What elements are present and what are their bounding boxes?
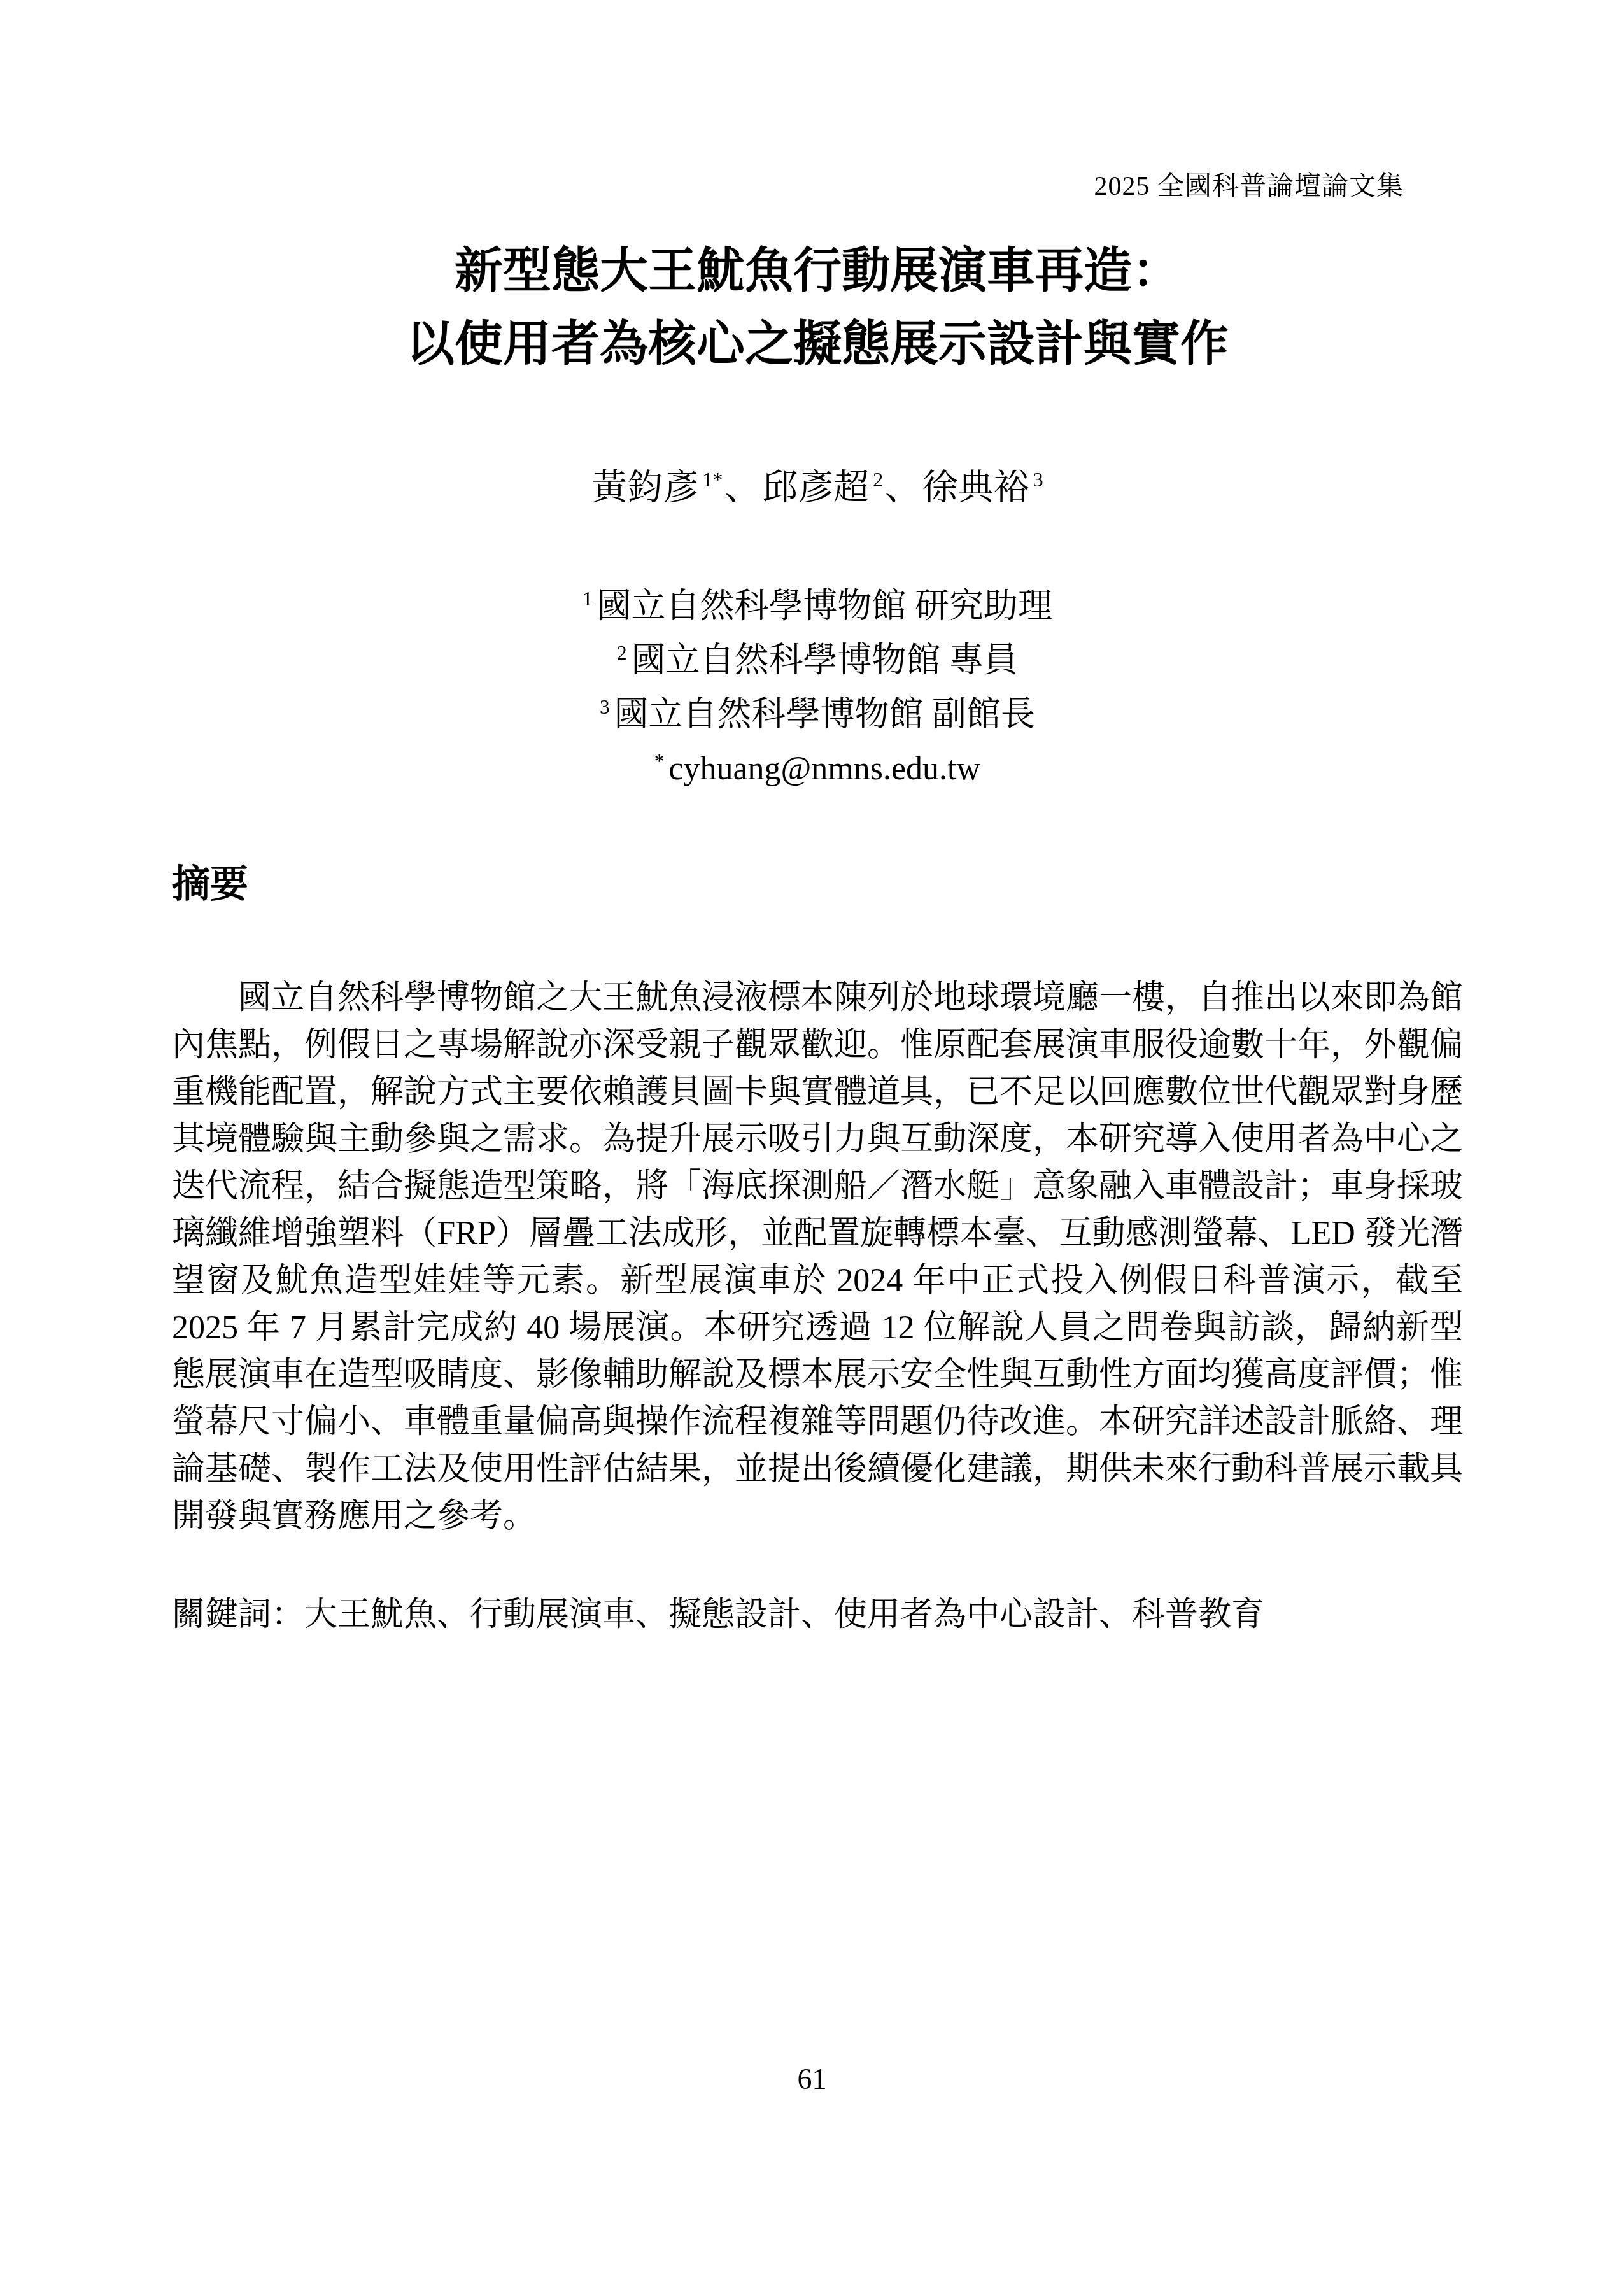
paper-title-line1: 新型態大王魷魚行動展演車再造：	[172, 235, 1463, 308]
author-name-2: 邱彥超	[762, 468, 869, 507]
abstract-heading: 摘要	[172, 865, 1463, 904]
affiliation-sup-3: 3	[600, 696, 610, 718]
author-sup-1: 1*	[702, 469, 723, 492]
page-content: 2025 全國科普論壇論文集 新型態大王魷魚行動展演車再造： 以使用者為核心之擬…	[0, 0, 1624, 1639]
author-sup-2: 2	[873, 469, 883, 492]
affiliation-line-3: 3國立自然科學博物館 副館長	[172, 684, 1463, 738]
contact-email-line: *cyhuang@nmns.edu.tw	[172, 738, 1463, 792]
affiliation-text-1: 國立自然科學博物館 研究助理	[597, 587, 1053, 625]
page-number: 61	[0, 2065, 1624, 2094]
author-name-3: 徐典裕	[922, 468, 1029, 507]
running-header: 2025 全國科普論壇論文集	[172, 0, 1463, 200]
paper-title: 新型態大王魷魚行動展演車再造： 以使用者為核心之擬態展示設計與實作	[172, 235, 1463, 381]
abstract-body: 國立自然科學博物館之大王魷魚浸液標本陳列於地球環境廳一樓，自推出以來即為館內焦點…	[172, 975, 1463, 1540]
affiliation-text-2: 國立自然科學博物館 專員	[632, 641, 1019, 679]
author-sup-3: 3	[1033, 469, 1043, 492]
author-separator-2: 、	[885, 468, 921, 507]
affiliation-line-1: 1國立自然科學博物館 研究助理	[172, 576, 1463, 630]
affiliation-sup-2: 2	[617, 642, 627, 664]
paper-page: 2025 全國科普論壇論文集 新型態大王魷魚行動展演車再造： 以使用者為核心之擬…	[0, 0, 1624, 2278]
affiliation-line-2: 2國立自然科學博物館 專員	[172, 630, 1463, 684]
affiliation-text-3: 國立自然科學博物館 副館長	[614, 695, 1036, 733]
affiliations-block: 1國立自然科學博物館 研究助理 2國立自然科學博物館 專員 3國立自然科學博物館…	[172, 576, 1463, 792]
keywords-line: 關鍵詞：大王魷魚、行動展演車、擬態設計、使用者為中心設計、科普教育	[172, 1592, 1463, 1639]
paper-title-line2: 以使用者為核心之擬態展示設計與實作	[172, 308, 1463, 381]
authors-line: 黃鈞彥1*、邱彥超2、徐典裕3	[172, 459, 1463, 509]
contact-email-sup: *	[654, 750, 665, 772]
author-separator-1: 、	[724, 468, 760, 507]
author-name-1: 黃鈞彥	[591, 468, 698, 507]
affiliation-sup-1: 1	[583, 588, 593, 610]
contact-email: cyhuang@nmns.edu.tw	[668, 751, 980, 787]
